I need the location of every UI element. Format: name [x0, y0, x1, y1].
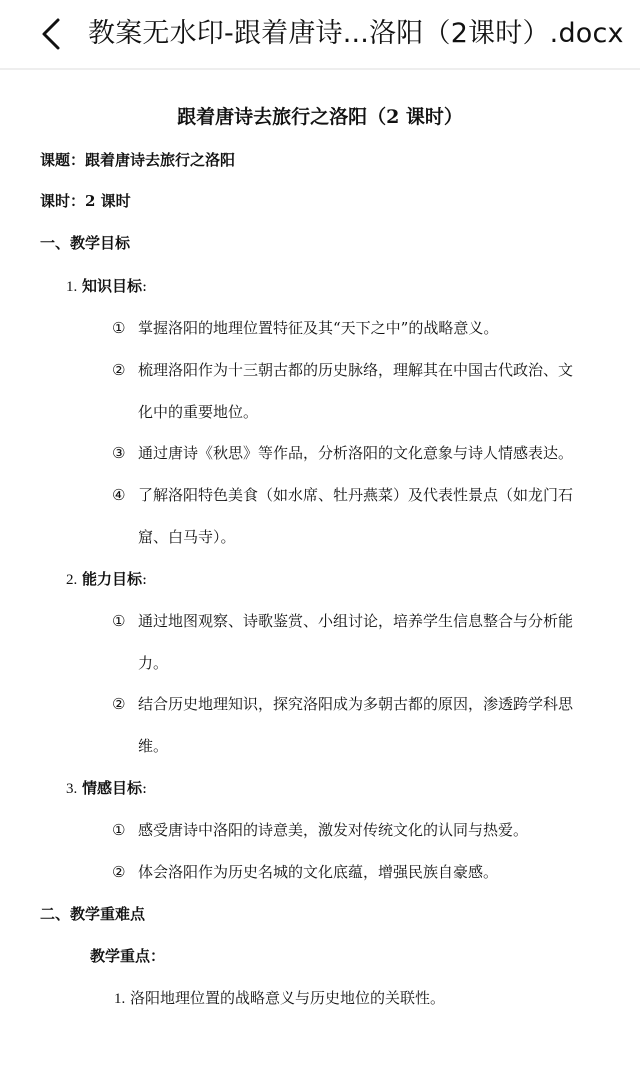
document-file-title: 教案无水印-跟着唐诗...洛阳（2课时）.docx [88, 14, 624, 54]
topic-value: 跟着唐诗去旅行之洛阳 [85, 151, 235, 169]
hours-line: 课时：2 课时 [40, 190, 131, 212]
list-item: ①感受唐诗中洛阳的诗意美，激发对传统文化的认同与热爱。 [112, 819, 528, 841]
hours-label: 课时： [40, 192, 85, 210]
section-heading-objectives: 一、教学目标 [40, 232, 130, 254]
topic-label: 课题： [40, 151, 85, 169]
list-item: ②体会洛阳作为历史名城的文化底蕴，增强民族自豪感。 [112, 861, 498, 883]
list-item-continuation: 窟、白马寺）。 [138, 526, 236, 548]
subheading-knowledge: 1. 知识目标: [66, 275, 147, 298]
subheading-ability: 2. 能力目标: [66, 568, 147, 591]
list-item: ①掌握洛阳的地理位置特征及其“天下之中”的战略意义。 [112, 317, 498, 339]
topic-line: 课题：跟着唐诗去旅行之洛阳 [40, 149, 235, 171]
chevron-left-icon [36, 14, 72, 54]
document-title: 跟着唐诗去旅行之洛阳（2 课时） [0, 106, 640, 128]
section-heading-key-difficulties: 二、教学重难点 [40, 903, 145, 925]
list-item: 1. 洛阳地理位置的战略意义与历史地位的关联性。 [114, 987, 445, 1010]
list-item: ②梳理洛阳作为十三朝古都的历史脉络，理解其在中国古代政治、文 [112, 359, 573, 381]
app-header: 教案无水印-跟着唐诗...洛阳（2课时）.docx [0, 0, 640, 70]
list-item: ④了解洛阳特色美食（如水席、牡丹燕菜）及代表性景点（如龙门石 [112, 484, 573, 506]
list-item-continuation: 力。 [138, 652, 168, 674]
list-item-continuation: 维。 [138, 735, 168, 757]
subheading-emotion: 3. 情感目标: [66, 777, 147, 800]
back-button[interactable] [36, 14, 72, 54]
list-item: ②结合历史地理知识，探究洛阳成为多朝古都的原因，渗透跨学科思 [112, 693, 573, 715]
list-item: ①通过地图观察、诗歌鉴赏、小组讨论，培养学生信息整合与分析能 [112, 610, 573, 632]
subheading-key-points: 教学重点： [90, 945, 165, 967]
hours-value: 2 课时 [85, 192, 131, 210]
list-item-continuation: 化中的重要地位。 [138, 401, 258, 423]
list-item: ③通过唐诗《秋思》等作品，分析洛阳的文化意象与诗人情感表达。 [112, 442, 573, 464]
